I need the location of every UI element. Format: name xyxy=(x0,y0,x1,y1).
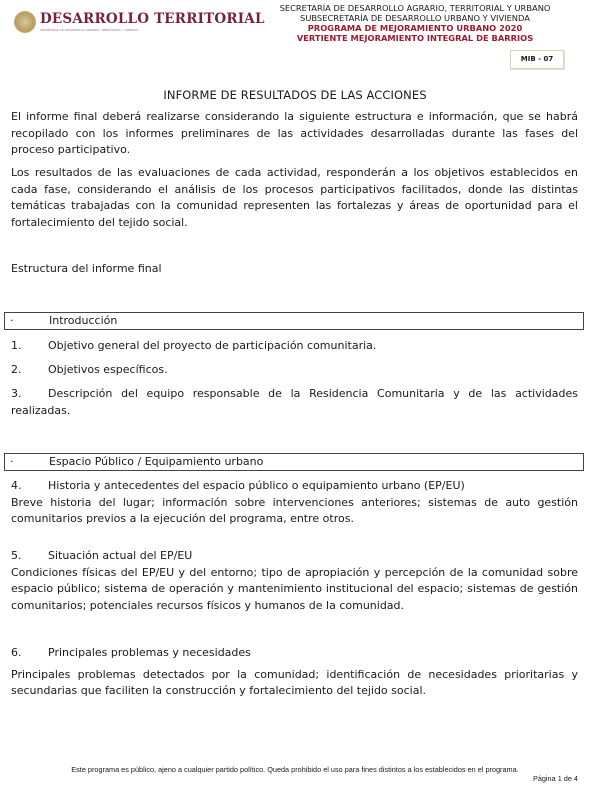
page-title: INFORME DE RESULTADOS DE LAS ACCIONES xyxy=(0,88,590,102)
item-description: Breve historia del lugar; información so… xyxy=(11,495,578,528)
header-line-vertiente: VERTIENTE MEJORAMIENTO INTEGRAL DE BARRI… xyxy=(250,33,580,43)
logo: DESARROLLO TERRITORIAL SECRETARÍA DE DES… xyxy=(14,11,265,33)
section-espacio-publico: · Espacio Público / Equipamiento urbano xyxy=(4,453,584,471)
bullet: · xyxy=(10,454,14,470)
intro-paragraph-2: Los resultados de las evaluaciones de ca… xyxy=(11,165,578,231)
national-seal-icon xyxy=(14,11,36,33)
section-introduccion: · Introducción xyxy=(4,312,584,330)
intro-paragraph-1: El informe final deberá realizarse consi… xyxy=(11,109,578,159)
section-title: Espacio Público / Equipamiento urbano xyxy=(49,454,263,470)
page-number: Página 1 de 4 xyxy=(533,774,578,783)
logo-title: DESARROLLO TERRITORIAL xyxy=(40,12,265,27)
list-item: 5.Situación actual del EP/EU Condiciones… xyxy=(11,548,578,614)
list-item: 6.Principales problemas y necesidades Pr… xyxy=(11,645,578,700)
list-item: 4.Historia y antecedentes del espacio pú… xyxy=(11,478,578,528)
logo-subtitle: SECRETARÍA DE DESARROLLO AGRARIO, TERRIT… xyxy=(40,28,265,32)
document-code: MIB - 07 xyxy=(510,50,564,69)
bullet: · xyxy=(10,313,14,329)
header-line-subsecretaria: SUBSECRETARÍA DE DESARROLLO URBANO Y VIV… xyxy=(250,13,580,23)
item-description: Condiciones físicas del EP/EU y del ento… xyxy=(11,565,578,615)
section-title: Introducción xyxy=(49,313,117,329)
list-item: 1.Objetivo general del proyecto de parti… xyxy=(11,338,578,355)
item-description: Principales problemas detectados por la … xyxy=(11,667,578,700)
structure-heading: Estructura del informe final xyxy=(11,262,162,275)
footer-disclaimer: Este programa es público, ajeno a cualqu… xyxy=(0,765,590,774)
header-info: SECRETARÍA DE DESARROLLO AGRARIO, TERRIT… xyxy=(250,3,580,43)
list-item: 2.Objetivos específicos. xyxy=(11,362,578,379)
list-item: 3.Descripción del equipo responsable de … xyxy=(11,386,578,419)
header-line-programa: PROGRAMA DE MEJORAMIENTO URBANO 2020 xyxy=(250,23,580,33)
header-line-secretaria: SECRETARÍA DE DESARROLLO AGRARIO, TERRIT… xyxy=(250,3,580,13)
